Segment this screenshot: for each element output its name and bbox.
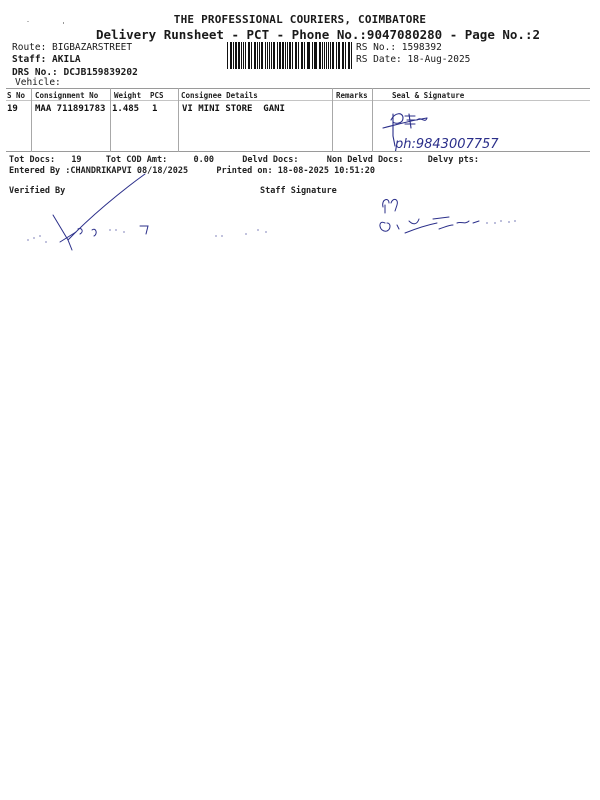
cell-sno: 19 bbox=[7, 104, 18, 114]
col-header-seal-signature: Seal & Signature bbox=[392, 91, 464, 100]
rs-number: RS No.: 1598392 bbox=[356, 42, 442, 53]
col-divider bbox=[178, 88, 179, 152]
col-divider bbox=[372, 88, 373, 152]
rs-date: RS Date: 18-Aug-2025 bbox=[356, 54, 470, 65]
summary-line: Tot Docs: 19 Tot COD Amt: 0.00 Delvd Doc… bbox=[9, 155, 479, 165]
table-bottom-rule bbox=[6, 151, 590, 152]
vehicle-label: Vehicle: bbox=[15, 77, 61, 88]
scan-speck bbox=[27, 21, 29, 22]
tot-docs-value: 19 bbox=[71, 155, 81, 165]
staff-label: Staff: AKILA bbox=[12, 54, 81, 65]
staff-signature-icon bbox=[375, 195, 555, 250]
col-divider bbox=[31, 88, 32, 152]
tot-cod-value: 0.00 bbox=[193, 155, 213, 165]
cell-consignment-no: MAA 711891783 bbox=[35, 104, 105, 114]
cell-weight: 1.485 bbox=[112, 104, 139, 114]
table-top-rule bbox=[6, 88, 590, 89]
scan-speck bbox=[63, 22, 64, 24]
cell-pcs: 1 bbox=[152, 104, 157, 114]
route-label: Route: BIGBAZARSTREET bbox=[12, 42, 132, 53]
tot-cod-label: Tot COD Amt: bbox=[106, 155, 167, 165]
tot-docs-label: Tot Docs: bbox=[9, 155, 55, 165]
col-header-remarks: Remarks bbox=[336, 91, 368, 100]
receiver-phone-note: ph:9843007757 bbox=[394, 137, 499, 152]
receiver-signature-icon: ph:9843007757 bbox=[381, 106, 541, 151]
verifier-signature-icon bbox=[20, 172, 300, 257]
delvy-pts-label: Delvy pts: bbox=[428, 155, 479, 165]
company-title: THE PROFESSIONAL COURIERS, COIMBATORE bbox=[0, 13, 600, 26]
col-header-consignee: Consignee Details bbox=[181, 91, 258, 100]
cell-consignee: VI MINI STORE GANI bbox=[182, 104, 285, 114]
non-delvd-docs-label: Non Delvd Docs: bbox=[327, 155, 404, 165]
barcode-icon bbox=[227, 42, 353, 69]
consignment-table: S No Consignment No Weight PCS Consignee… bbox=[6, 88, 590, 152]
runsheet-subtitle: Delivery Runsheet - PCT - Phone No.:9047… bbox=[96, 27, 540, 42]
table-header-rule bbox=[6, 100, 590, 101]
col-divider bbox=[332, 88, 333, 152]
col-header-pcs: PCS bbox=[150, 91, 164, 100]
delvd-docs-label: Delvd Docs: bbox=[242, 155, 298, 165]
col-header-consignment: Consignment No bbox=[35, 91, 98, 100]
col-divider bbox=[110, 88, 111, 152]
col-header-weight: Weight bbox=[114, 91, 141, 100]
col-header-sno: S No bbox=[7, 91, 25, 100]
